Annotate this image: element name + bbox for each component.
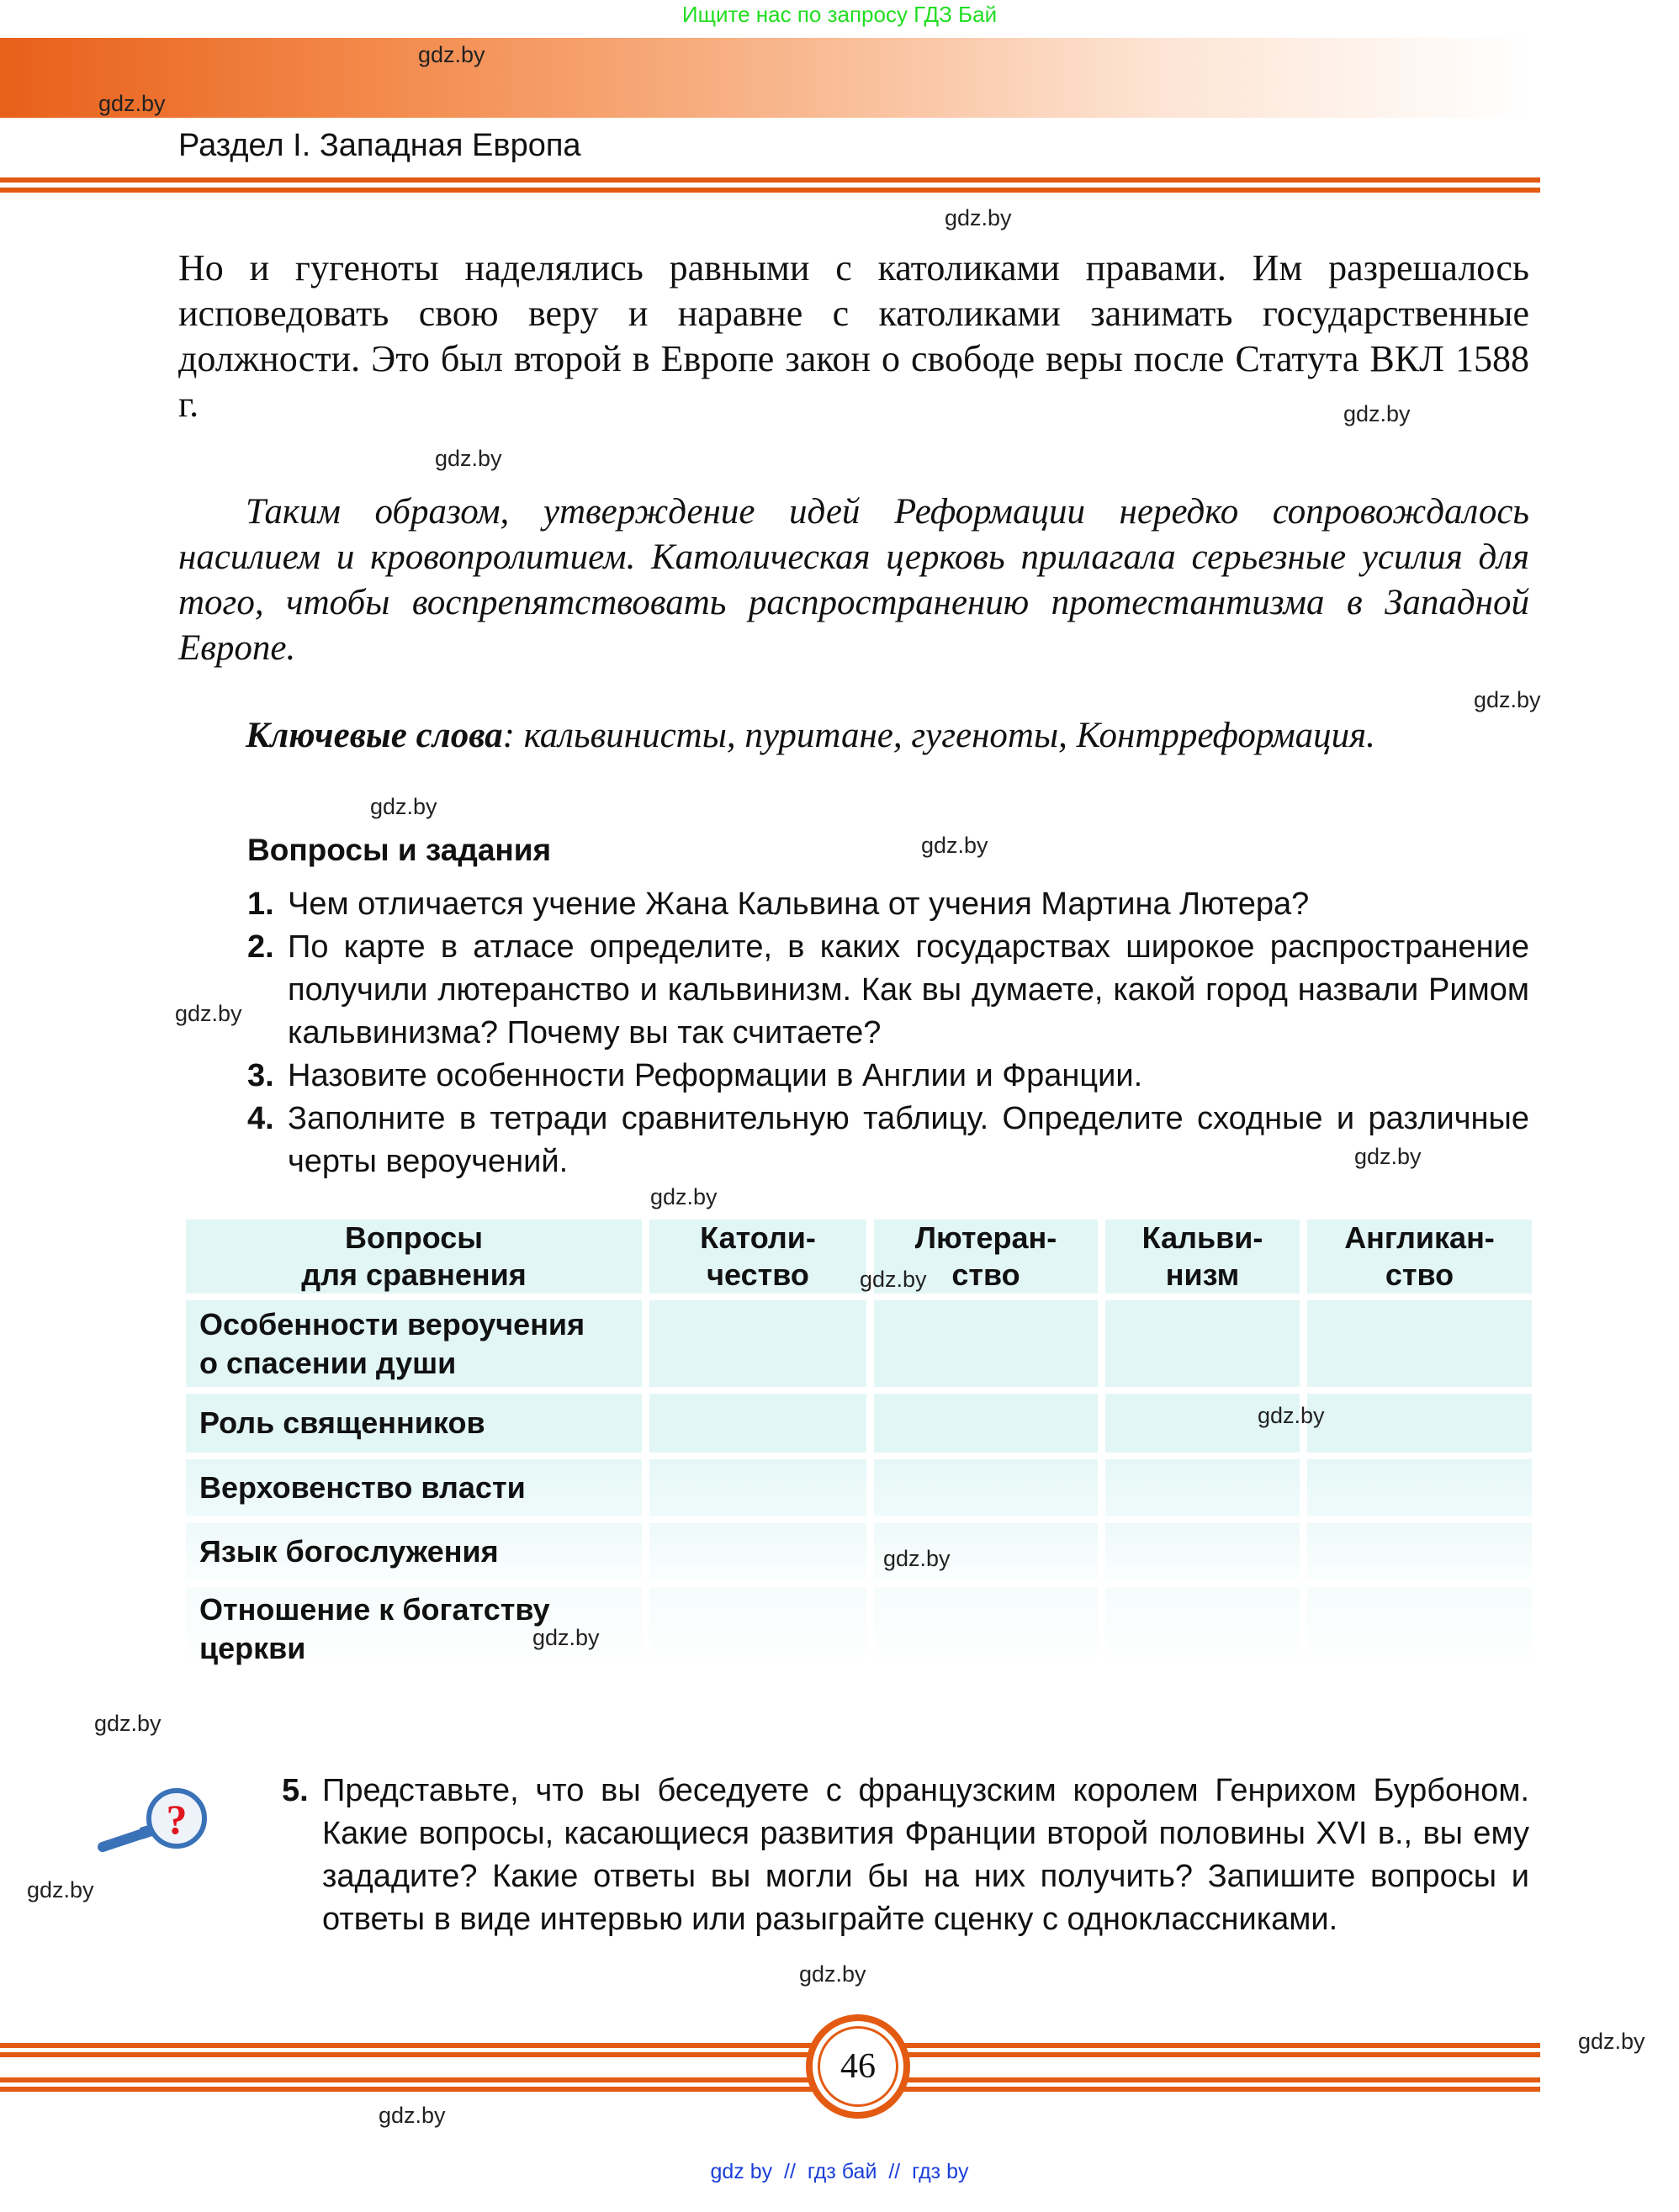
page-number-badge: 46 (806, 2014, 910, 2119)
question-item: 5. Представьте, что вы беседуете с франц… (282, 1770, 1529, 1941)
watermark: gdz.by (418, 42, 485, 68)
comparison-table: Вопросы для сравнения Католи- чество Лют… (178, 1213, 1539, 1678)
table-cell (874, 1587, 1098, 1671)
keywords-paragraph: Ключевые слова: кальвинисты, пуритане, г… (178, 713, 1529, 759)
body-paragraph: Но и гугеноты наделялись равными с катол… (178, 246, 1529, 427)
table-cell (874, 1300, 1098, 1387)
watermark: gdz.by (94, 1711, 162, 1737)
page-number: 46 (840, 2046, 876, 2087)
table-cell (1307, 1394, 1532, 1453)
watermark: gdz.by (435, 446, 502, 472)
search-banner: Ищите нас по запросу ГДЗ Бай (0, 2, 1679, 28)
table-row-label: Язык богослужения (186, 1523, 642, 1580)
question-item: 3. Назовите особенности Реформации в Анг… (247, 1055, 1529, 1098)
section-title: Раздел I. Западная Европа (178, 128, 581, 164)
question-text: Назовите особенности Реформации в Англии… (288, 1058, 1142, 1093)
table-cell (649, 1587, 866, 1671)
question-item: 2. По карте в атласе определите, в каких… (247, 926, 1529, 1055)
svg-text:?: ? (167, 1796, 188, 1843)
table-cell (649, 1459, 866, 1516)
table-header-cell: Англикан- ство (1307, 1220, 1532, 1294)
watermark: gdz.by (27, 1877, 94, 1903)
question-number: 3. (247, 1055, 274, 1098)
watermark: gdz.by (799, 1961, 866, 1987)
watermark: gdz.by (1258, 1403, 1325, 1429)
watermark: gdz.by (860, 1267, 927, 1293)
watermark: gdz.by (98, 91, 166, 117)
table-header-cell: Кальви- низм (1105, 1220, 1300, 1294)
table-cell (649, 1394, 866, 1453)
table-cell (1105, 1523, 1300, 1580)
table-row-label: Особенности вероучения о спасении души (186, 1300, 642, 1387)
questions-title: Вопросы и задания (247, 833, 551, 868)
watermark: gdz.by (379, 2103, 446, 2129)
header-gradient-band (0, 38, 1531, 118)
task-5: 5. Представьте, что вы беседуете с франц… (282, 1770, 1529, 1941)
table-cell (1105, 1300, 1300, 1387)
question-text: Чем отличается учение Жана Кальвина от у… (288, 886, 1309, 922)
table-cell (1105, 1459, 1300, 1516)
table-cell (874, 1394, 1098, 1453)
watermark: gdz.by (370, 794, 437, 820)
keywords-label: Ключевые слова (246, 716, 503, 755)
question-number: 5. (282, 1770, 309, 1812)
table-header-cell: Католи- чество (649, 1220, 866, 1294)
footer-rule (0, 2043, 1540, 2048)
watermark: gdz.by (175, 1001, 242, 1027)
table-row: Роль священников (186, 1394, 1532, 1453)
question-item: 4. Заполните в тетради сравнительную таб… (247, 1098, 1529, 1183)
watermark: gdz.by (1343, 401, 1411, 427)
watermark: gdz.by (532, 1625, 600, 1651)
question-text: Заполните в тетради сравнительную таблиц… (288, 1101, 1529, 1179)
table-cell (874, 1459, 1098, 1516)
footer-links[interactable]: gdz by // гдз бай // гдз by (0, 2160, 1679, 2184)
table-header-row: Вопросы для сравнения Католи- чество Лют… (186, 1220, 1532, 1294)
watermark: gdz.by (650, 1184, 718, 1210)
watermark: gdz.by (945, 205, 1012, 231)
questions-list: 1. Чем отличается учение Жана Кальвина о… (247, 883, 1529, 1183)
footer-rule (0, 2077, 1540, 2082)
footer-rule (0, 2087, 1540, 2092)
table-row: Отношение к богатству церкви (186, 1587, 1532, 1671)
table-cell (1307, 1300, 1532, 1387)
question-number: 4. (247, 1098, 274, 1140)
keywords-text: : кальвинисты, пуритане, гугеноты, Контр… (503, 716, 1375, 755)
table-cell (1307, 1523, 1532, 1580)
page-number-ring: 46 (818, 2026, 898, 2107)
question-number: 2. (247, 926, 274, 969)
question-item: 1. Чем отличается учение Жана Кальвина о… (247, 883, 1529, 926)
table-header-cell: Вопросы для сравнения (186, 1220, 642, 1294)
question-text: Представьте, что вы беседуете с французс… (322, 1773, 1529, 1937)
header-rule (0, 177, 1540, 183)
table-cell (649, 1300, 866, 1387)
footer-rule (0, 2052, 1540, 2057)
table-row-label: Роль священников (186, 1394, 642, 1453)
question-number: 1. (247, 883, 274, 926)
table-row: Верховенство власти (186, 1459, 1532, 1516)
table-row: Особенности вероучения о спасении души (186, 1300, 1532, 1387)
table-cell (1307, 1587, 1532, 1671)
table-row-label: Верховенство власти (186, 1459, 642, 1516)
summary-paragraph: Таким образом, утверждение идей Реформац… (178, 489, 1529, 671)
watermark: gdz.by (921, 833, 988, 859)
magnifier-question-icon: ? (91, 1773, 217, 1865)
question-text: По карте в атласе определите, в каких го… (288, 929, 1529, 1050)
watermark: gdz.by (1354, 1144, 1422, 1170)
table-cell (1105, 1587, 1300, 1671)
table-row: Язык богослужения (186, 1523, 1532, 1580)
watermark: gdz.by (883, 1546, 951, 1572)
table-cell (1307, 1459, 1532, 1516)
watermark: gdz.by (1474, 687, 1541, 713)
header-rule (0, 188, 1540, 193)
table-cell (649, 1523, 866, 1580)
watermark: gdz.by (1578, 2029, 1645, 2055)
